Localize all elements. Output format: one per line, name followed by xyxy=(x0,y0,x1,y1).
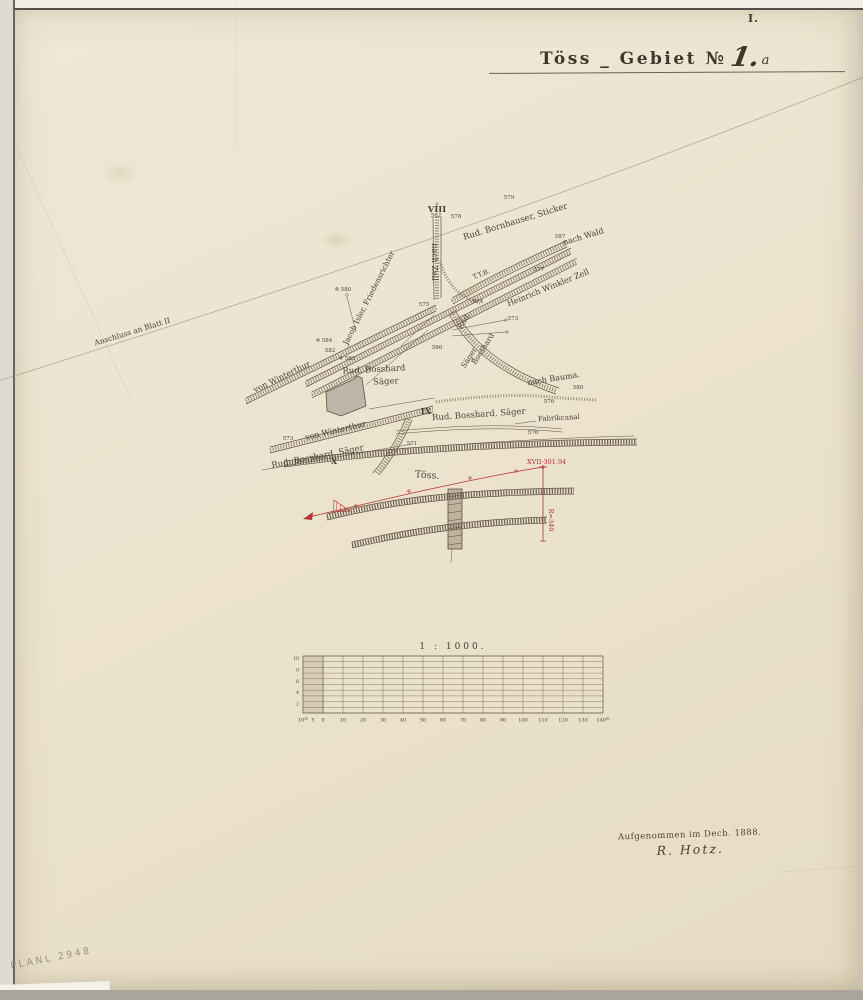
map-label: Rud. Bosshard xyxy=(342,363,406,376)
map-label: Rud. Bosshard, Säger xyxy=(432,407,527,424)
spot-height-dot xyxy=(336,288,338,290)
map-label: T.T.B. xyxy=(472,267,491,281)
spot-height: 577 xyxy=(534,267,545,273)
map-label: Jacob Isler, Friedensrichter xyxy=(341,249,397,347)
red-survey-label: XVII·301.94 xyxy=(527,458,566,466)
scale-tick-label: 5 xyxy=(311,718,314,724)
scale-tick-label: 110 xyxy=(538,718,548,724)
spot-height: 580 xyxy=(341,287,352,293)
spot-height: 573 xyxy=(508,316,519,322)
map-label: IX xyxy=(421,407,432,417)
scale-tick-label: 120 xyxy=(558,718,568,724)
scale-bar: 1 : 1000.10m5010203040506070809010011012… xyxy=(293,642,610,724)
map-labels-layer: Anschluss an Blatt IIVIIInach ZellRud. B… xyxy=(92,195,604,531)
spot-height: 582 xyxy=(325,348,336,354)
spot-height: 579 xyxy=(504,195,515,201)
map-label: Säger xyxy=(373,376,400,387)
scale-tick-label: 100 xyxy=(518,718,528,724)
faint-crease xyxy=(780,866,862,872)
scale-tick-label: 70 xyxy=(460,718,466,724)
weir-structure xyxy=(448,489,462,549)
scale-tick-label: 10 xyxy=(340,718,346,724)
red-flag-marker xyxy=(333,500,350,512)
spot-height: 574 xyxy=(473,299,484,305)
spot-height: 583 xyxy=(345,356,356,362)
scale-tick-label: 10m xyxy=(298,716,308,724)
title-text: Töss _ Gebiet № xyxy=(540,49,726,69)
scale-tick-label: 0 xyxy=(321,718,324,724)
scanned-plan-sheet: Anschluss an Blatt IIVIIInach ZellRud. B… xyxy=(0,0,863,1000)
scale-unit: m xyxy=(606,716,610,721)
map-label: Töss. xyxy=(415,469,440,482)
red-survey-point xyxy=(469,477,471,479)
plan-title: Töss _ Gebiet №1.a xyxy=(540,42,769,73)
survey-ray xyxy=(452,332,507,336)
scale-title: 1 : 1000. xyxy=(419,642,486,652)
road-edge xyxy=(373,418,406,473)
corner-crease xyxy=(15,143,131,400)
road-east-lower xyxy=(436,395,596,402)
spot-height: 586 xyxy=(432,345,443,351)
map-label: von Winterthur xyxy=(251,359,312,395)
scale-unit: m xyxy=(304,716,308,721)
fabrikcanal-pointer xyxy=(515,421,536,424)
map-label: nach Zell xyxy=(430,243,439,281)
scale-left-label: 2 xyxy=(296,702,299,708)
spot-height: 584 xyxy=(322,338,333,344)
connection-note-label: Anschluss an Blatt II xyxy=(92,316,171,348)
spot-height: 576 xyxy=(544,399,555,405)
scale-tick-label: 90 xyxy=(500,718,506,724)
sheet-number: I. xyxy=(748,12,759,25)
spot-height: 573 xyxy=(283,436,294,442)
spot-height: 587 xyxy=(555,234,566,240)
title-suffix: a xyxy=(762,53,770,68)
red-arrowhead xyxy=(303,512,313,520)
map-label: Fabrikcanal xyxy=(538,413,581,423)
scale-tick-label: 60 xyxy=(440,718,446,724)
roads-and-railway xyxy=(246,203,596,475)
scale-left-label: 6 xyxy=(296,679,299,685)
map-label: X xyxy=(331,456,338,466)
scale-tick-label: 140m xyxy=(596,716,610,724)
crease-lines xyxy=(0,0,863,872)
map-label: von Winterthur xyxy=(303,419,367,442)
red-survey-point xyxy=(408,490,410,492)
spot-height: 576 xyxy=(528,430,539,436)
scale-tick-label: 80 xyxy=(480,718,486,724)
red-survey-label: R=340 xyxy=(547,509,555,532)
spot-height: 580 xyxy=(573,385,584,391)
scale-tick-label: 50 xyxy=(420,718,426,724)
spot-height: 571 xyxy=(407,441,418,447)
spot-height-dot xyxy=(317,339,319,341)
scale-left-label: 10 xyxy=(293,656,299,662)
scale-tick-label: 20 xyxy=(360,718,366,724)
mill-race-band xyxy=(376,419,409,474)
scale-left-label: 4 xyxy=(296,690,299,696)
spot-height: 575 xyxy=(419,302,430,308)
spot-height: 582 xyxy=(431,213,442,219)
scale-tick-label: 40 xyxy=(400,718,406,724)
map-label: Rud. xyxy=(455,311,472,331)
scale-left-label: 8 xyxy=(296,667,299,673)
spot-height: 578 xyxy=(451,214,462,220)
survey-point xyxy=(346,294,349,297)
scale-tick-label: 130 xyxy=(578,718,588,724)
title-number: 1. xyxy=(729,42,763,73)
map-label: nach Wald xyxy=(562,226,605,247)
scale-tick-label: 30 xyxy=(380,718,386,724)
weir-stub xyxy=(451,549,452,562)
